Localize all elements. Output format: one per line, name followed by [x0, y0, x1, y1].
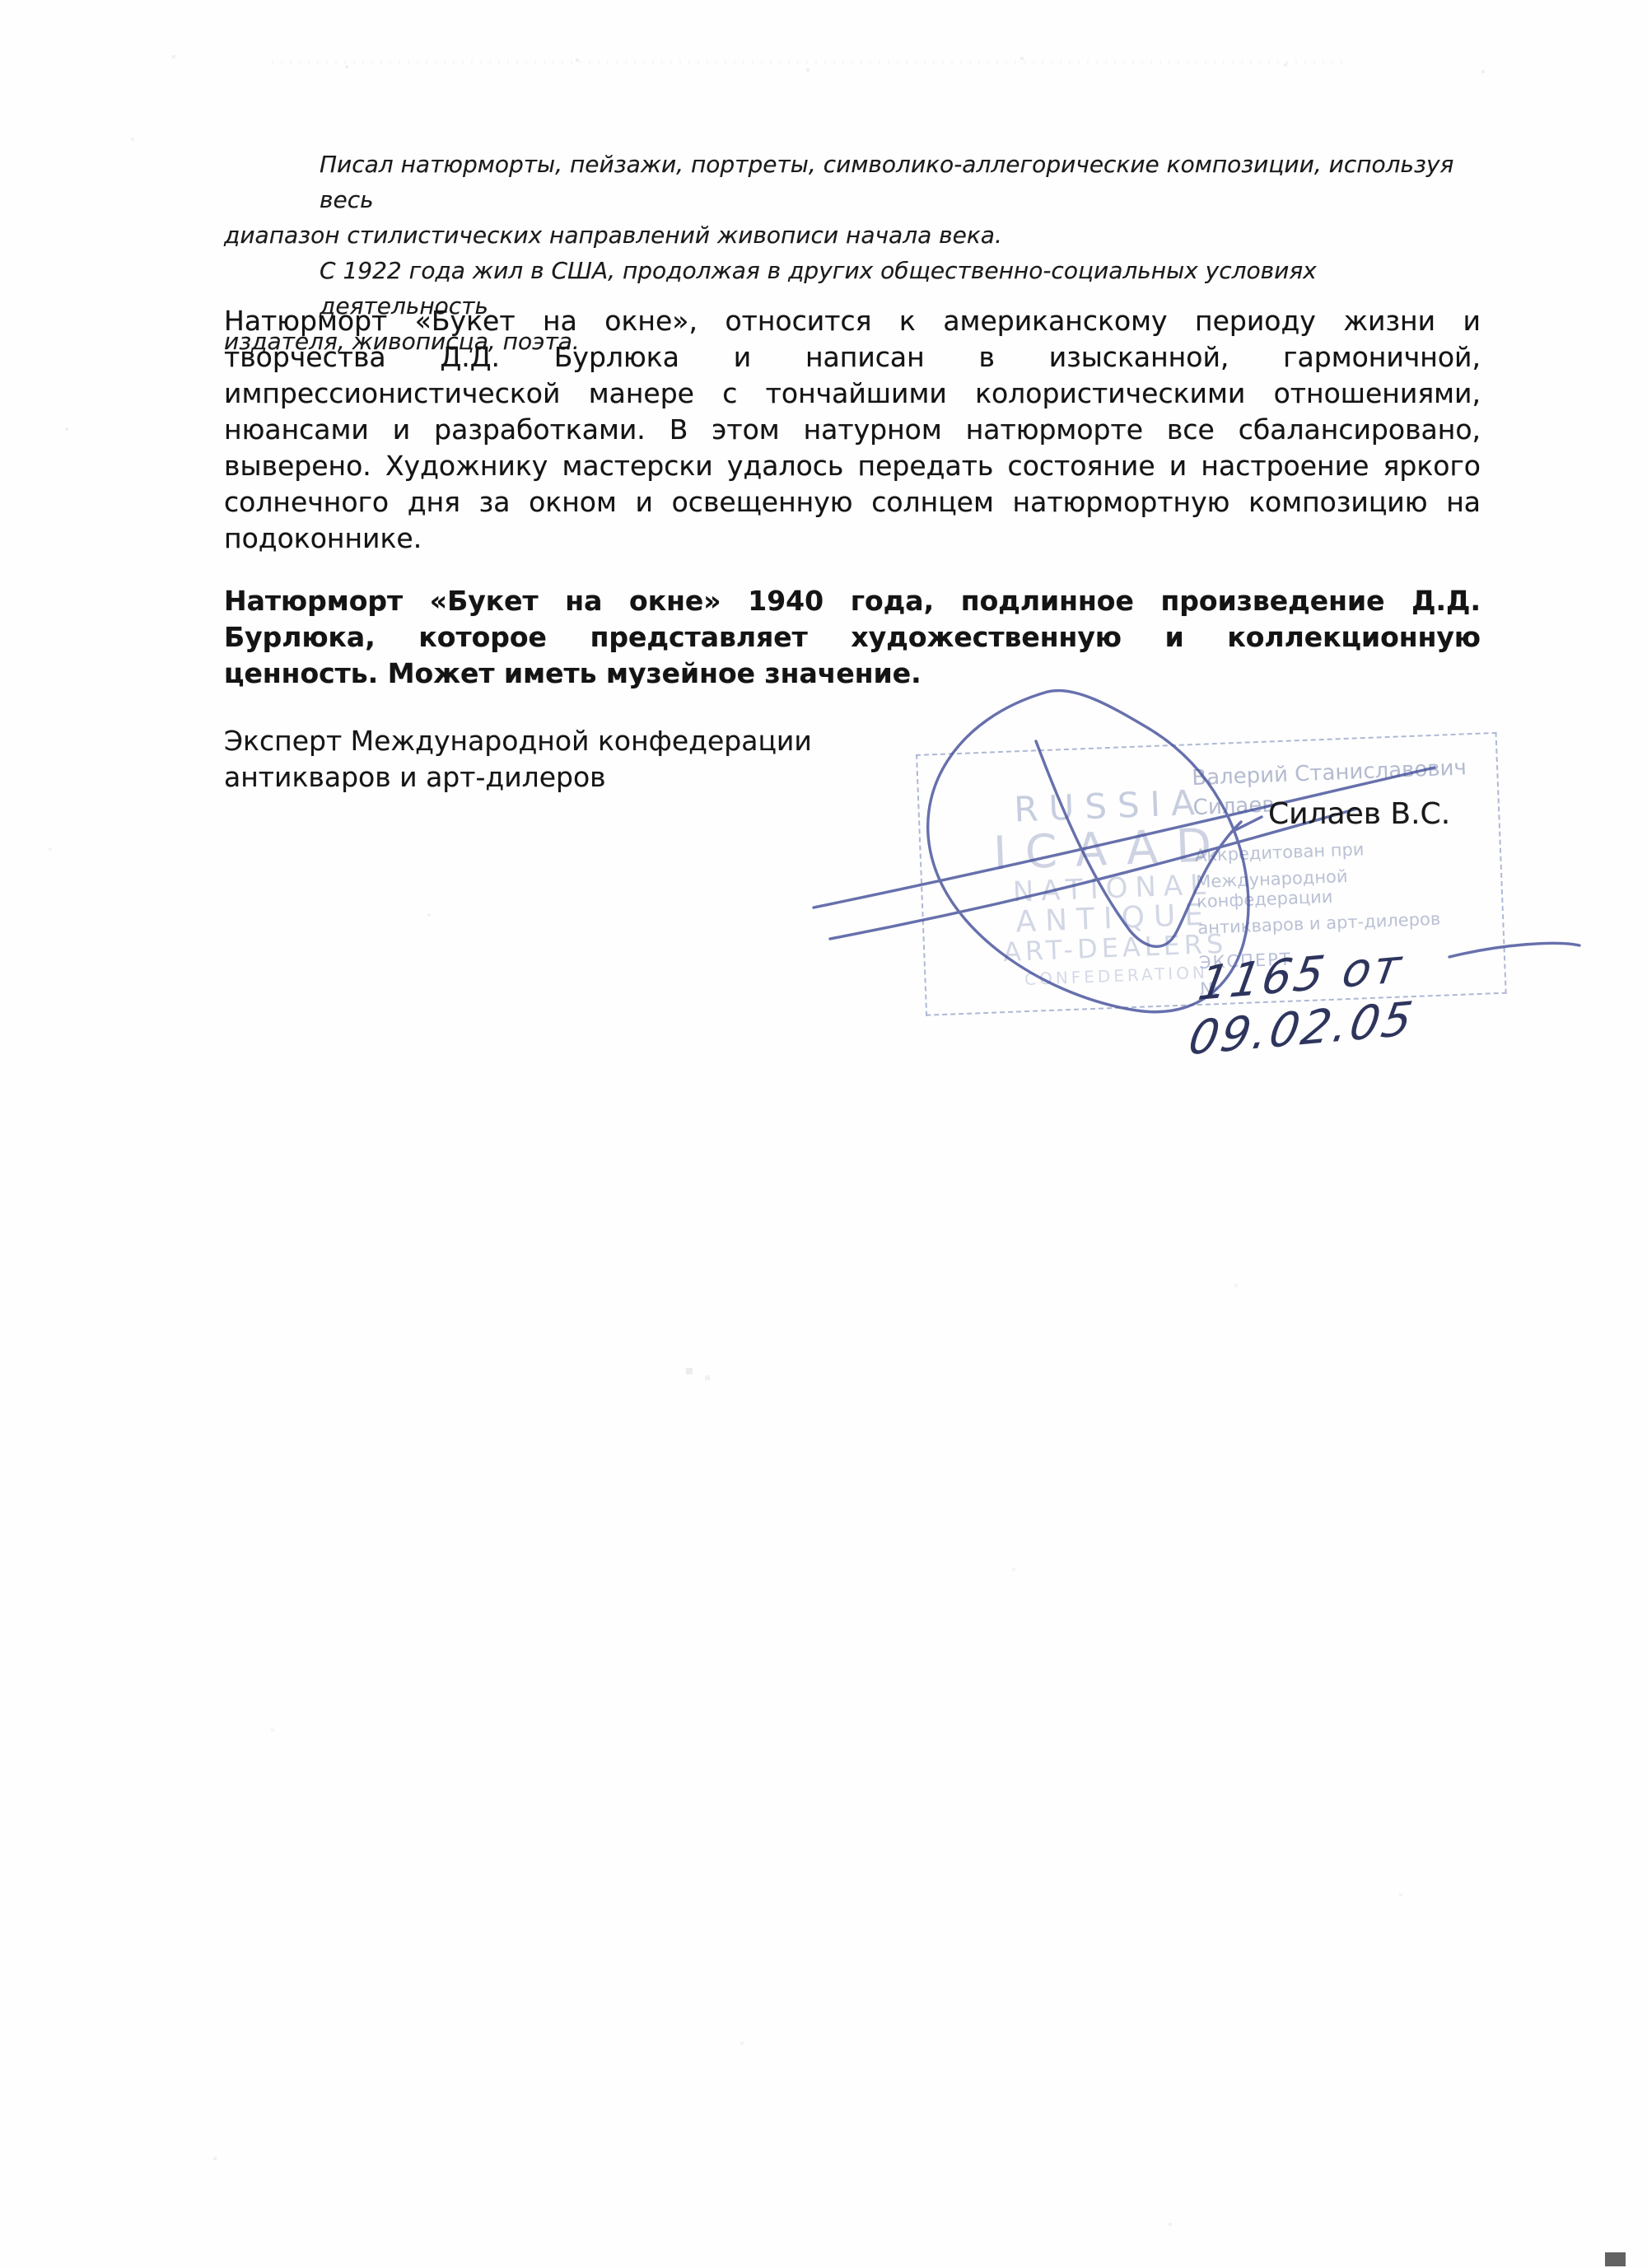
- signature-stroke: [814, 768, 1435, 908]
- expert-name: Силаев В.С.: [1268, 797, 1450, 831]
- scanned-document-page: Писал натюрморты, пейзажи, портреты, сим…: [0, 0, 1647, 2268]
- signature-stroke: [1232, 817, 1262, 832]
- signature-stroke: [1036, 741, 1241, 946]
- scan-edge-artifact: [1605, 2252, 1626, 2266]
